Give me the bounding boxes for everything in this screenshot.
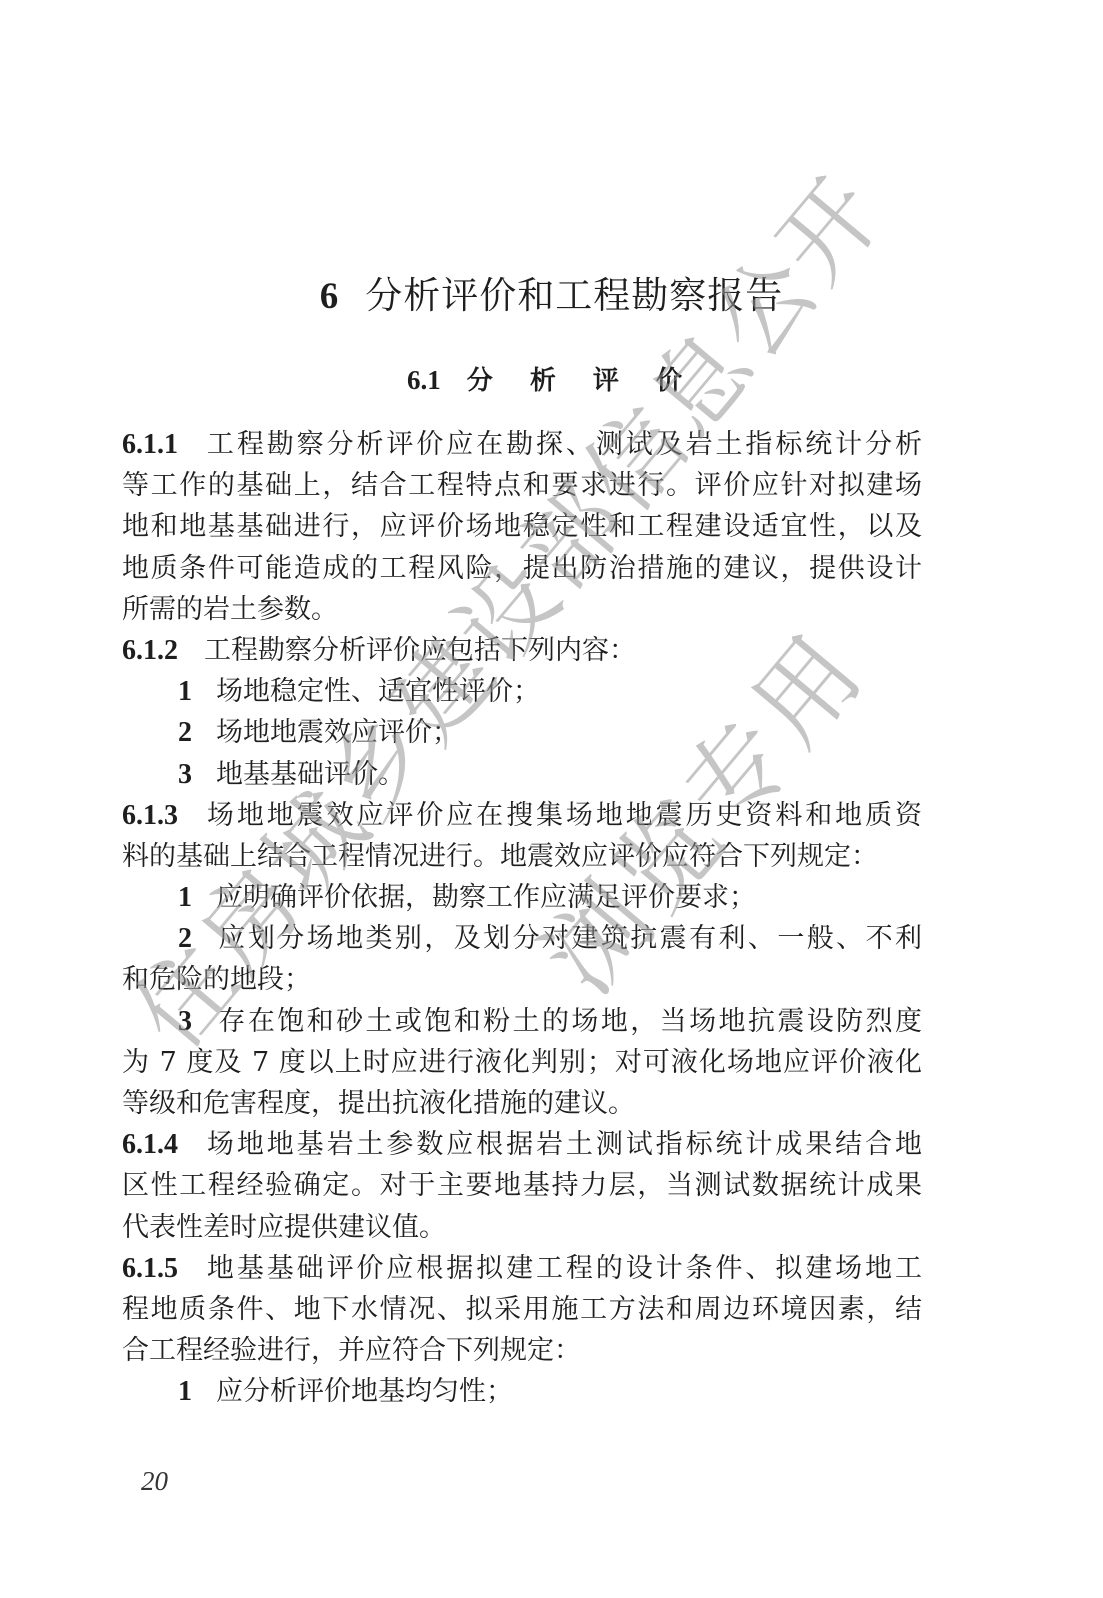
- text-line: 地质条件可能造成的工程风险，提出防治措施的建议，提供设计: [122, 548, 922, 589]
- section-number: 6.1: [407, 365, 441, 395]
- section-title: 6.1分 析 评 价: [0, 362, 1103, 399]
- chapter-number: 6: [320, 276, 340, 317]
- document-page: 6分析评价和工程勘察报告 6.1分 析 评 价 6.1.1工程勘察分析评价应在勘…: [0, 0, 1103, 1598]
- line-text: 等工作的基础上，结合工程特点和要求进行。评价应针对拟建场: [122, 470, 922, 501]
- line-text: 场地地基岩土参数应根据岩土测试指标统计成果结合地: [204, 1129, 922, 1160]
- line-text: 和危险的地段；: [122, 964, 311, 995]
- list-item: 3地基基础评价。: [122, 754, 922, 795]
- text-line: 程地质条件、地下水情况、拟采用施工方法和周边环境因素，结: [122, 1289, 922, 1330]
- item-number: 3: [178, 1006, 192, 1037]
- list-item: 1应明确评价依据，勘察工作应满足评价要求；: [122, 877, 922, 918]
- clause-6-1-4-line-1: 6.1.4场地地基岩土参数应根据岩土测试指标统计成果结合地: [122, 1124, 922, 1165]
- text-line: 料的基础上结合工程情况进行。地震效应评价应符合下列规定：: [122, 836, 922, 877]
- line-text: 工程勘察分析评价应在勘探、测试及岩土指标统计分析: [204, 429, 922, 460]
- list-item: 1场地稳定性、适宜性评价；: [122, 671, 922, 712]
- section-title-text: 分 析 评 价: [467, 366, 696, 396]
- line-text: 料的基础上结合工程情况进行。地震效应评价应符合下列规定：: [122, 841, 878, 872]
- line-text: 代表性差时应提供建议值。: [122, 1212, 446, 1243]
- text-line: 代表性差时应提供建议值。: [122, 1207, 922, 1248]
- clause-number: 6.1.2: [122, 635, 178, 666]
- clause-number: 6.1.1: [122, 429, 178, 460]
- clause-6-1-1-line-1: 6.1.1工程勘察分析评价应在勘探、测试及岩土指标统计分析: [122, 424, 922, 465]
- text-line: 等工作的基础上，结合工程特点和要求进行。评价应针对拟建场: [122, 465, 922, 506]
- clause-6-1-5-line-1: 6.1.5地基基础评价应根据拟建工程的设计条件、拟建场地工: [122, 1248, 922, 1289]
- text-line: 区性工程经验确定。对于主要地基持力层，当测试数据统计成果: [122, 1165, 922, 1206]
- item-number: 1: [178, 1376, 192, 1407]
- text-line: 所需的岩土参数。: [122, 589, 922, 630]
- line-text: 等级和危害程度，提出抗液化措施的建议。: [122, 1088, 635, 1119]
- line-text: 应分析评价地基均匀性；: [216, 1376, 513, 1407]
- line-text: 场地地震效应评价；: [216, 717, 459, 748]
- text-line: 等级和危害程度，提出抗液化措施的建议。: [122, 1083, 922, 1124]
- text-line: 合工程经验进行，并应符合下列规定：: [122, 1330, 922, 1371]
- line-text: 合工程经验进行，并应符合下列规定：: [122, 1335, 581, 1366]
- line-text: 场地地震效应评价应在搜集场地地震历史资料和地质资: [204, 800, 922, 831]
- line-text: 工程勘察分析评价应包括下列内容：: [204, 635, 636, 666]
- line-text: 程地质条件、地下水情况、拟采用施工方法和周边环境因素，结: [122, 1294, 922, 1325]
- clause-number: 6.1.4: [122, 1129, 178, 1160]
- line-text: 地基基础评价。: [216, 759, 405, 790]
- text-line: 地和地基基础进行，应评价场地稳定性和工程建设适宜性，以及: [122, 506, 922, 547]
- list-item: 3存在饱和砂土或饱和粉土的场地，当场地抗震设防烈度: [122, 1001, 922, 1042]
- line-text: 地和地基基础进行，应评价场地稳定性和工程建设适宜性，以及: [122, 511, 922, 542]
- clause-6-1-2-line-1: 6.1.2工程勘察分析评价应包括下列内容：: [122, 630, 922, 671]
- list-item: 1应分析评价地基均匀性；: [122, 1371, 922, 1412]
- body-text: 6.1.1工程勘察分析评价应在勘探、测试及岩土指标统计分析 等工作的基础上，结合…: [122, 424, 922, 1413]
- line-text: 所需的岩土参数。: [122, 594, 338, 625]
- line-text: 存在饱和砂土或饱和粉土的场地，当场地抗震设防烈度: [216, 1006, 922, 1037]
- clause-6-1-3-line-1: 6.1.3场地地震效应评价应在搜集场地地震历史资料和地质资: [122, 795, 922, 836]
- list-item: 2场地地震效应评价；: [122, 712, 922, 753]
- line-text: 地基基础评价应根据拟建工程的设计条件、拟建场地工: [204, 1253, 922, 1284]
- chapter-title-text: 分析评价和工程勘察报告: [365, 274, 783, 317]
- line-text: 地质条件可能造成的工程风险，提出防治措施的建议，提供设计: [122, 553, 922, 584]
- text-line: 为 7 度及 7 度以上时应进行液化判别；对可液化场地应评价液化: [122, 1042, 922, 1083]
- chapter-title: 6分析评价和工程勘察报告: [0, 272, 1103, 321]
- item-number: 2: [178, 923, 192, 954]
- item-number: 3: [178, 759, 192, 790]
- line-text: 为 7 度及 7 度以上时应进行液化判别；对可液化场地应评价液化: [122, 1047, 922, 1078]
- item-number: 1: [178, 676, 192, 707]
- item-number: 1: [178, 882, 192, 913]
- item-number: 2: [178, 717, 192, 748]
- line-text: 场地稳定性、适宜性评价；: [216, 676, 540, 707]
- clause-number: 6.1.5: [122, 1253, 178, 1284]
- page-number: 20: [141, 1466, 168, 1497]
- list-item: 2应划分场地类别，及划分对建筑抗震有利、一般、不利: [122, 918, 922, 959]
- clause-number: 6.1.3: [122, 800, 178, 831]
- line-text: 区性工程经验确定。对于主要地基持力层，当测试数据统计成果: [122, 1170, 922, 1201]
- line-text: 应划分场地类别，及划分对建筑抗震有利、一般、不利: [216, 923, 922, 954]
- line-text: 应明确评价依据，勘察工作应满足评价要求；: [216, 882, 756, 913]
- text-line: 和危险的地段；: [122, 959, 922, 1000]
